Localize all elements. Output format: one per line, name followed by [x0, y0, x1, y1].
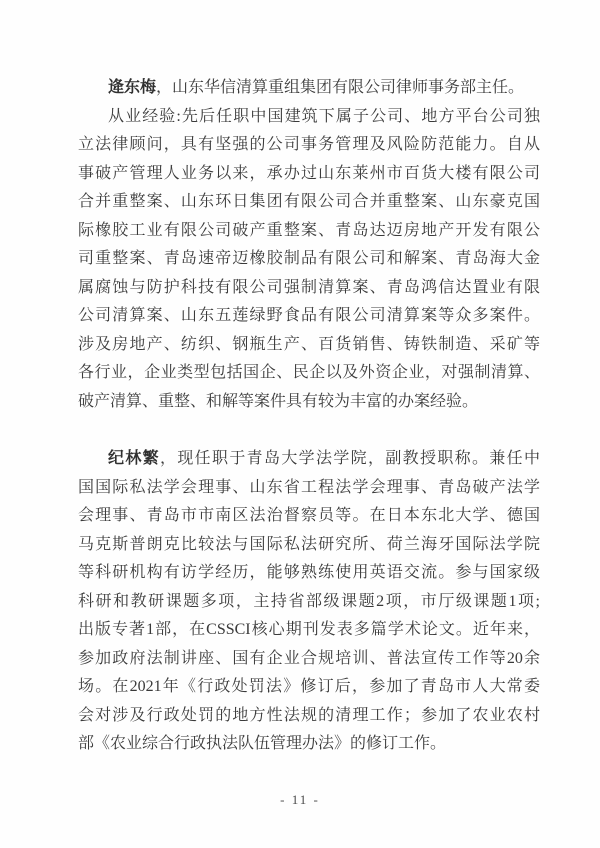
text-line: 马克斯普朗克比较法与国际私法研究所、荷兰海牙国际法学院: [78, 531, 540, 560]
text-line: 出版专著1部，在CSSCI核心期刊发表多篇学术论文。近年来，: [78, 616, 540, 645]
document-body: 逄东梅，山东华信清算重组集团有限公司律师事务部主任。从业经验:先后任职中国建筑下…: [78, 74, 540, 759]
person-name: 逄东梅: [108, 79, 156, 96]
text-line: 司重整案、青岛速帝迈橡胶制品有限公司和解案、青岛海大金: [78, 245, 540, 274]
text-line: 科研和教研课题多项，主持省部级课题2项，市厅级课题1项;: [78, 588, 540, 617]
text-line: 属腐蚀与防护科技有限公司强制清算案、青岛鸿信达置业有限: [78, 274, 540, 303]
paragraph: 纪林繁，现任职于青岛大学法学院，副教授职称。兼任中国国际私法学会理事、山东省工程…: [78, 445, 540, 759]
page-number: - 11 -: [0, 792, 600, 808]
text-line: 等科研机构有访学经历，能够熟练使用英语交流。参与国家级: [78, 559, 540, 588]
text-line: 从业经验:先后任职中国建筑下属子公司、地方平台公司独: [78, 103, 540, 132]
text-line: 部《农业综合行政执法队伍管理办法》的修订工作。: [78, 730, 540, 759]
text-line: 破产清算、重整、和解等案件具有较为丰富的办案经验。: [78, 388, 540, 417]
text-line: 场。在2021年《行政处罚法》修订后，参加了青岛市人大常委: [78, 673, 540, 702]
text-line: 会对涉及行政处罚的地方性法规的清理工作；参加了农业农村: [78, 702, 540, 731]
text-line: 各行业，企业类型包括国企、民企以及外资企业，对强制清算、: [78, 359, 540, 388]
text-line: 纪林繁，现任职于青岛大学法学院，副教授职称。兼任中: [78, 445, 540, 474]
document-page: 逄东梅，山东华信清算重组集团有限公司律师事务部主任。从业经验:先后任职中国建筑下…: [0, 0, 600, 848]
text-line: 立法律顾问，具有坚强的公司事务管理及风险防范能力。自从: [78, 131, 540, 160]
text-line: 际橡胶工业有限公司破产重整案、青岛达迈房地产开发有限公: [78, 217, 540, 246]
person-name: 纪林繁: [108, 450, 160, 467]
text-line: 参加政府法制讲座、国有企业合规培训、普法宣传工作等20余: [78, 645, 540, 674]
paragraph: 从业经验:先后任职中国建筑下属子公司、地方平台公司独立法律顾问，具有坚强的公司事…: [78, 103, 540, 417]
text-line: 涉及房地产、纺织、钢瓶生产、百货销售、铸铁制造、采矿等: [78, 331, 540, 360]
text-line: 逄东梅，山东华信清算重组集团有限公司律师事务部主任。: [78, 74, 540, 103]
text-line: 合并重整案、山东环日集团有限公司合并重整案、山东豪克国: [78, 188, 540, 217]
paragraph: 逄东梅，山东华信清算重组集团有限公司律师事务部主任。: [78, 74, 540, 103]
text-line: 国国际私法学会理事、山东省工程法学会理事、青岛破产法学: [78, 474, 540, 503]
text-line: 事破产管理人业务以来，承办过山东莱州市百货大楼有限公司: [78, 160, 540, 189]
text-line: 公司清算案、山东五莲绿野食品有限公司清算案等众多案件。: [78, 302, 540, 331]
text-line: 会理事、青岛市市南区法治督察员等。在日本东北大学、德国: [78, 502, 540, 531]
